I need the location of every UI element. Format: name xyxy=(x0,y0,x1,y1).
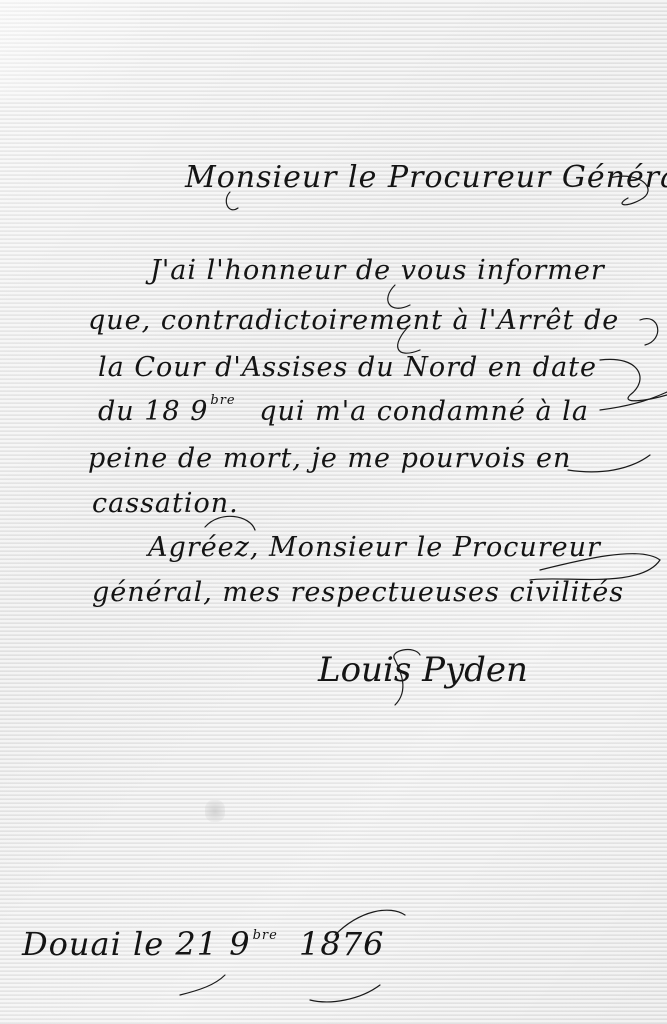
letter-page: Monsieur le Procureur Général J'ai l'hon… xyxy=(0,0,667,1024)
paper-fold-shading xyxy=(0,0,140,100)
date-reference: du 18 9 xyxy=(98,396,208,427)
place-and-date: Douai le 21 9bre 1876 xyxy=(22,925,384,963)
month-superscript: bre xyxy=(210,393,235,408)
salutation: Monsieur le Procureur Général xyxy=(185,160,667,195)
signature: Louis Pyden xyxy=(318,650,528,690)
body-line-4-continuation: qui m'a condamné à la xyxy=(259,396,589,427)
body-line-4: du 18 9bre qui m'a condamné à la xyxy=(98,396,589,427)
closing-line-2: général, mes respectueuses civilités xyxy=(92,577,624,608)
date-month-superscript: bre xyxy=(253,928,278,943)
body-line-1: J'ai l'honneur de vous informer xyxy=(150,255,605,286)
body-line-6: cassation. xyxy=(92,488,239,519)
closing-line-1: Agréez, Monsieur le Procureur xyxy=(148,532,601,563)
paper-blemish xyxy=(205,800,225,822)
body-line-5: peine de mort, je me pourvois en xyxy=(88,443,571,474)
body-line-3: la Cour d'Assises du Nord en date xyxy=(98,352,597,383)
body-line-2: que, contradictoirement à l'Arrêt de xyxy=(88,305,619,336)
place-and-day: Douai le 21 9 xyxy=(22,925,251,963)
date-year: 1876 xyxy=(299,925,384,963)
